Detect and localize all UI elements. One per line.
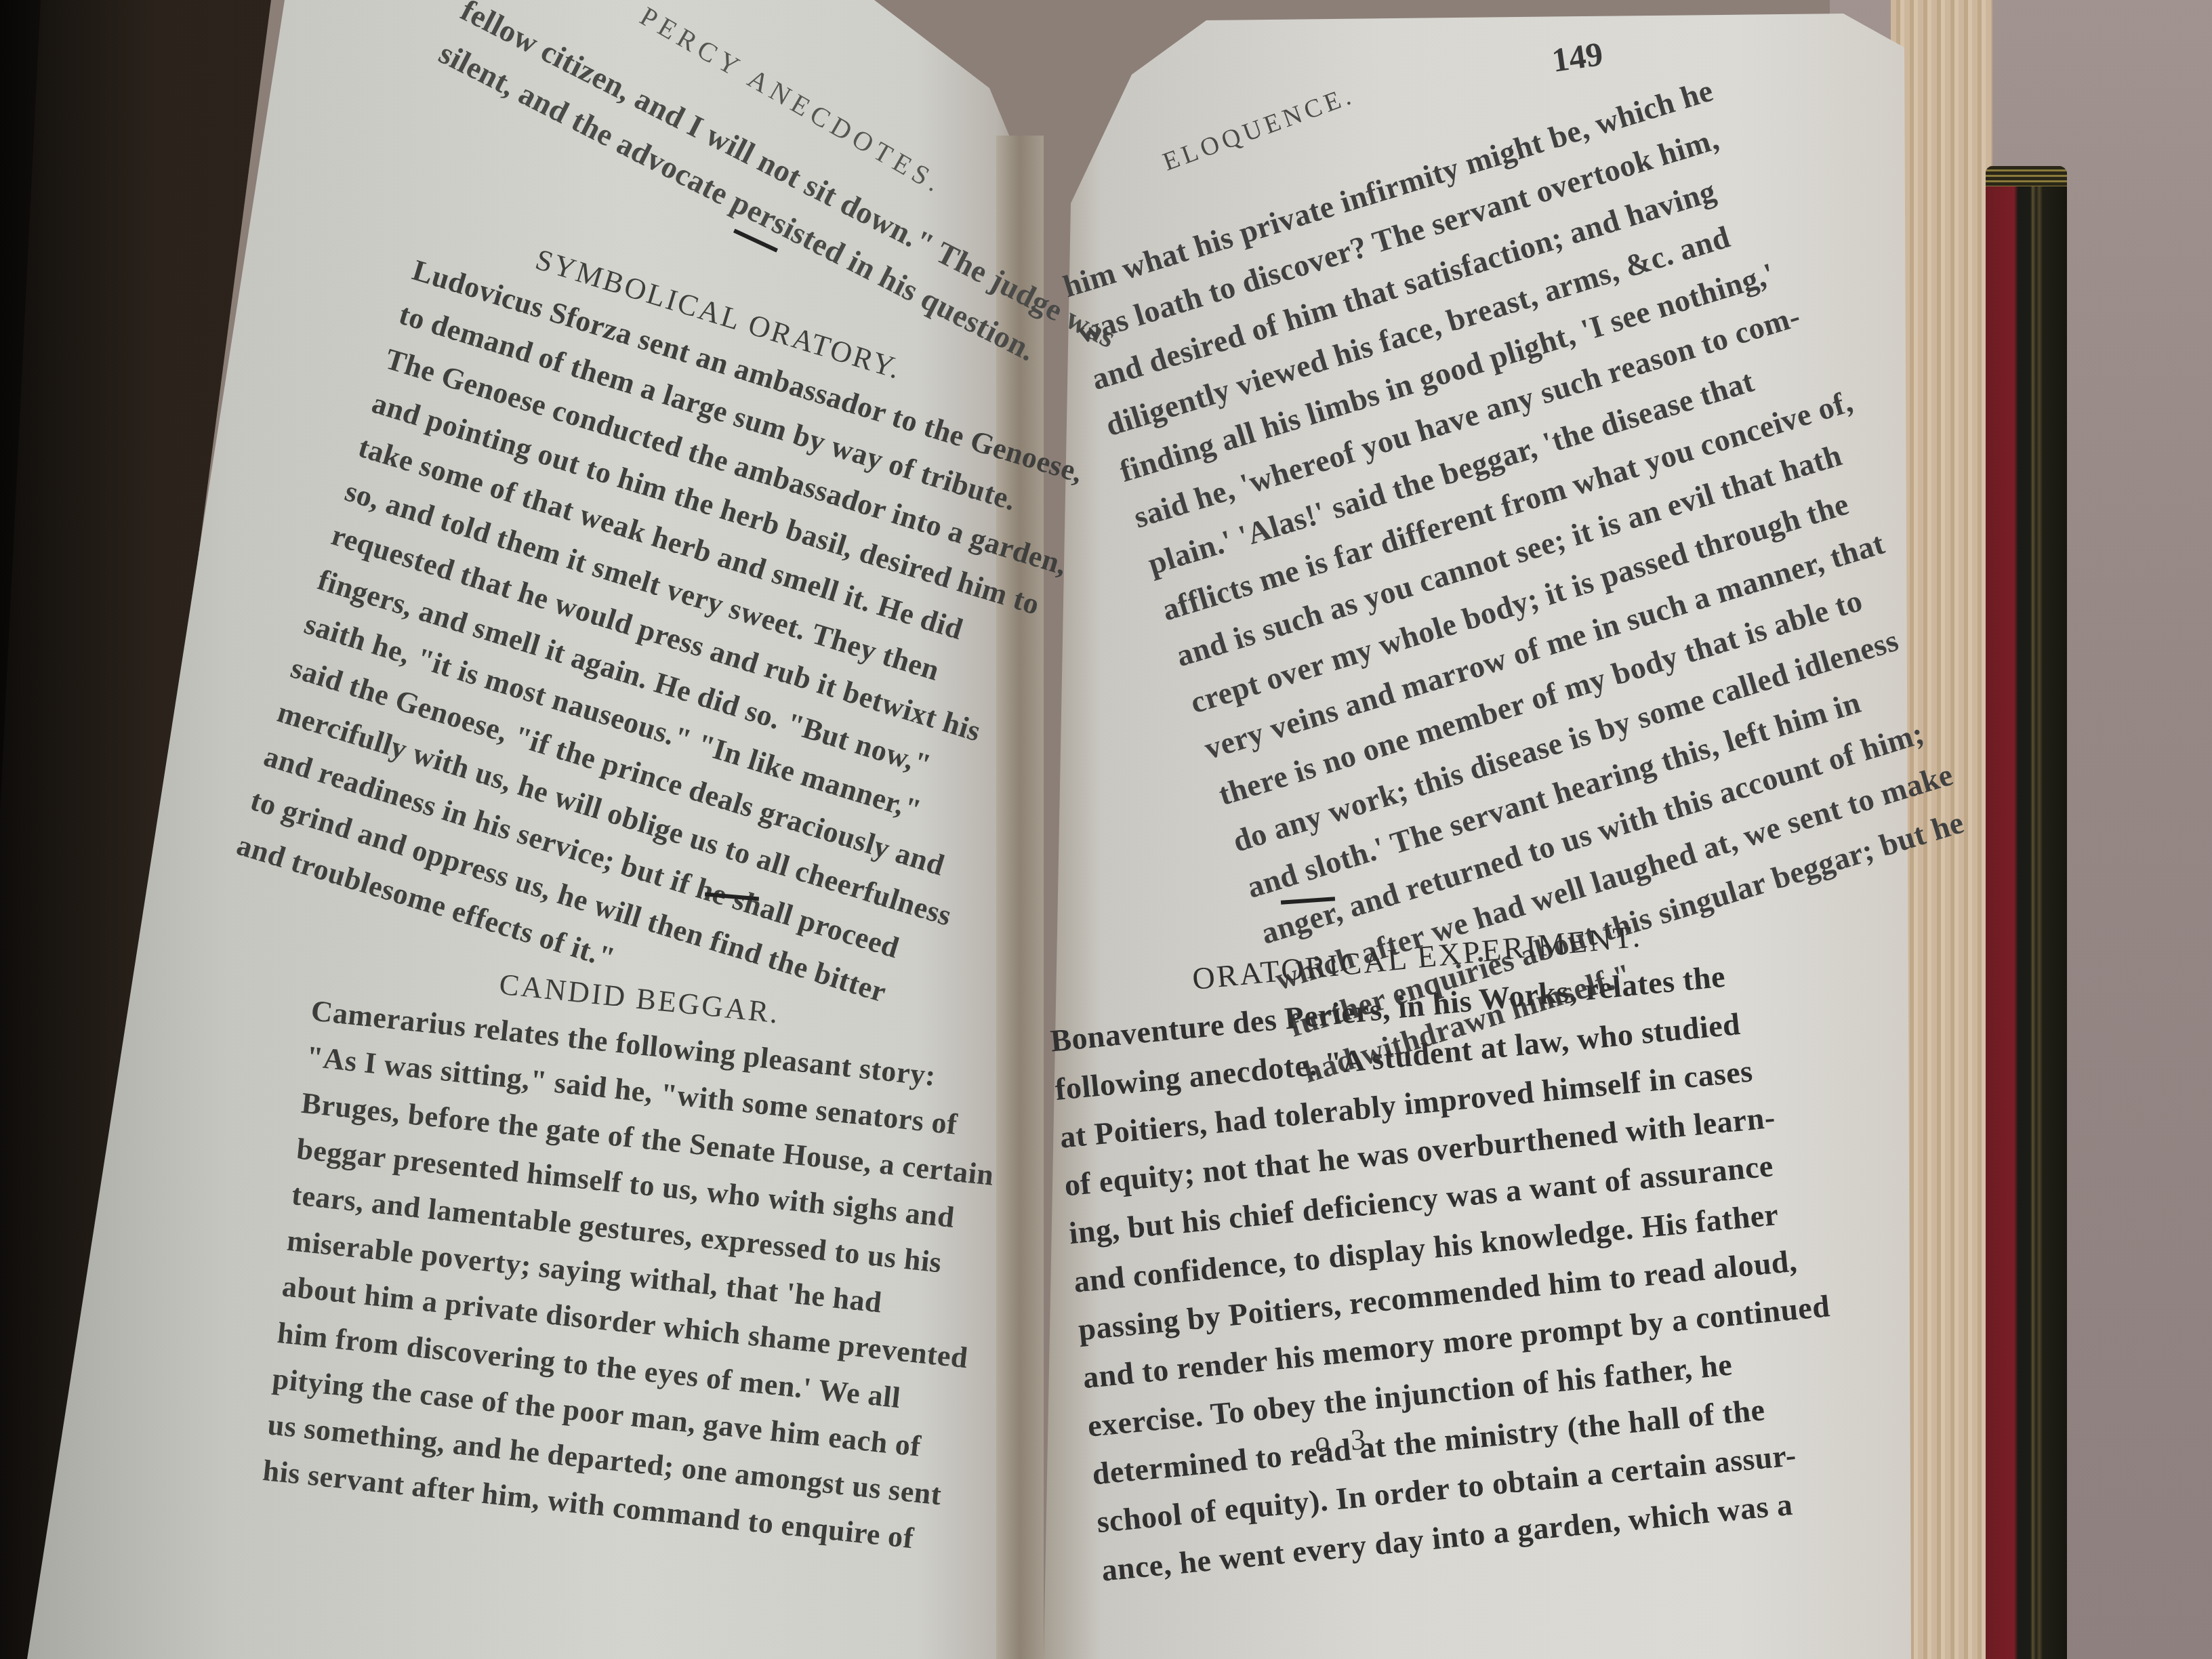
back-cover: [1986, 166, 2067, 1659]
page-number: 149: [1549, 34, 1605, 80]
section-oratorical-experiment: ORATORICAL EXPERIMENT. Bonaventure des P…: [1044, 898, 1846, 1595]
section-candid-beggar: CANDID BEGGAR. Camerarius relates the fo…: [260, 942, 965, 1561]
gilt-edge: [1986, 166, 2067, 186]
printer-signature-mark: o 3: [1314, 1422, 1374, 1459]
